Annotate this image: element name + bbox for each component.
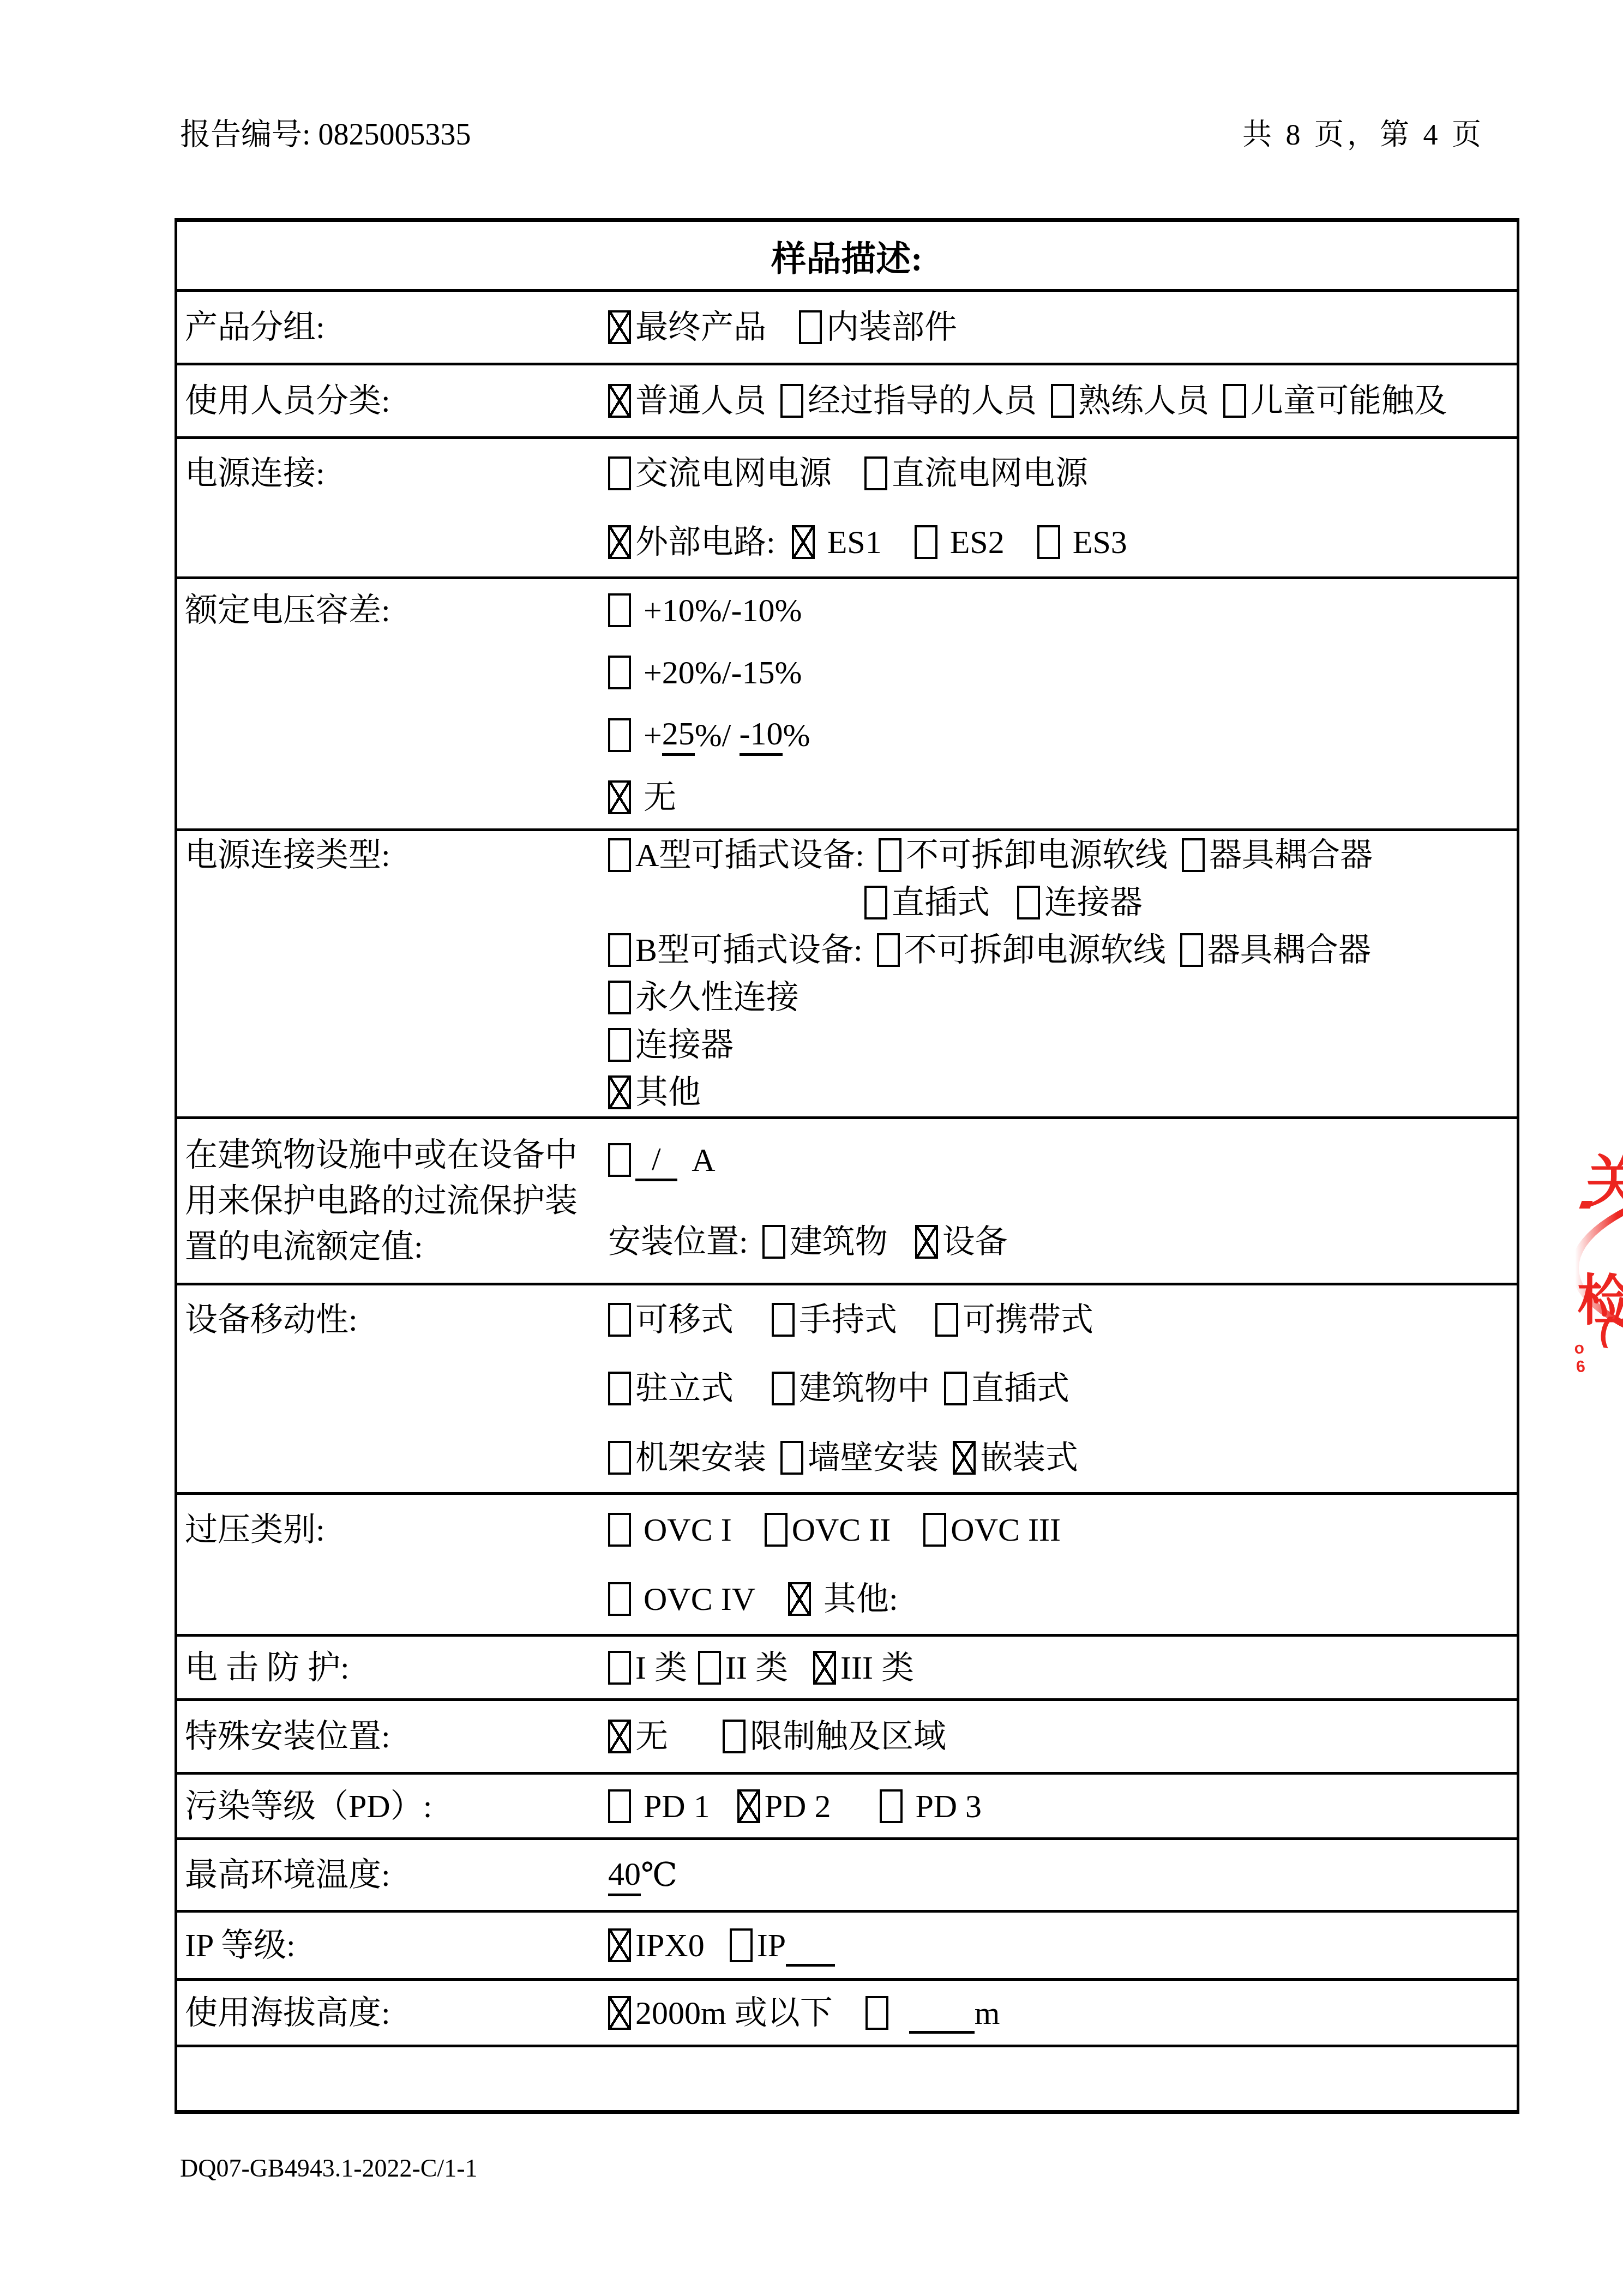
checkbox-icon[interactable] <box>608 1303 631 1337</box>
option-group: 无 <box>608 778 676 817</box>
option-group: 器具耦合器 <box>1182 836 1373 875</box>
checkbox-icon[interactable] <box>608 456 631 490</box>
checkbox-checked-icon[interactable] <box>915 1225 938 1259</box>
row-content-cell <box>608 2047 1517 2110</box>
sample-description-table: 样品描述: 产品分组:最终产品内装部件使用人员分类:普通人员经过指导的人员熟练人… <box>175 218 1519 2114</box>
option-text: 熟练人员 <box>1078 381 1209 420</box>
option-group: OVC II <box>765 1510 891 1549</box>
option-text: 其他: <box>815 1579 898 1619</box>
row-label-cell: 电 击 防 护: <box>177 1637 608 1698</box>
option-line: 驻立式建筑物中直插式 <box>608 1354 1517 1423</box>
checkbox-icon[interactable] <box>608 656 631 689</box>
row-label-cell: 电源连接: <box>177 439 608 576</box>
option-group: ES3 <box>1037 522 1127 562</box>
option-group: % <box>783 716 810 755</box>
row-content-cell: / A安装位置:建筑物设备 <box>608 1119 1517 1283</box>
checkbox-icon[interactable] <box>765 1513 788 1547</box>
row-content-cell: 最终产品内装部件 <box>608 292 1517 363</box>
table-row: 在建筑物设施中或在设备中 用来保护电路的过流保护装 置的电流额定值: / A安装… <box>177 1116 1517 1283</box>
option-line: 2000m 或以下 m <box>608 1981 1517 2045</box>
option-text: 交流电网电源 <box>635 454 832 493</box>
table-row: 设备移动性:可移式手持式可携带式驻立式建筑物中直插式机架安装墙壁安装嵌装式 <box>177 1283 1517 1492</box>
option-group: 直插式 <box>864 883 990 922</box>
row-label-cell: 额定电压容差: <box>177 579 608 828</box>
option-group: 安装位置: <box>608 1222 748 1261</box>
option-line: +25%/ -10% <box>608 704 1517 766</box>
option-group: 2000m 或以下 <box>608 1993 833 2033</box>
checkbox-icon[interactable] <box>1223 384 1246 418</box>
option-line: 永久性连接 <box>608 974 1517 1021</box>
checkbox-icon[interactable] <box>608 1582 631 1616</box>
table-row: IP 等级:IPX0IP <box>177 1910 1517 1978</box>
checkbox-icon[interactable] <box>608 718 631 752</box>
checkbox-checked-icon[interactable] <box>813 1651 836 1685</box>
option-text: PD 2 <box>765 1787 831 1826</box>
row-content-cell: IPX0IP <box>608 1913 1517 1978</box>
option-text: 连接器 <box>635 1025 734 1065</box>
option-group: 直流电网电源 <box>864 454 1088 493</box>
option-text: 直插式 <box>892 883 990 922</box>
row-label-cell: 电源连接类型: <box>177 831 608 1116</box>
option-text: 手持式 <box>799 1300 897 1339</box>
option-text: 永久性连接 <box>635 978 799 1017</box>
option-line: 直插式连接器 <box>608 879 1517 926</box>
option-text: 直流电网电源 <box>892 454 1088 493</box>
option-line: 机架安装墙壁安装嵌装式 <box>608 1423 1517 1492</box>
option-group: B型可插式设备: <box>608 930 863 970</box>
option-text: 最终产品 <box>635 308 766 347</box>
option-text: ℃ <box>641 1855 677 1895</box>
checkbox-checked-icon[interactable] <box>608 1996 631 2030</box>
form-code: DQ07-GB4943.1-2022-C/1-1 <box>180 2153 478 2184</box>
option-text: 可携带式 <box>963 1300 1093 1339</box>
checkbox-icon[interactable] <box>608 1143 631 1177</box>
checkbox-icon[interactable] <box>880 1789 903 1823</box>
option-text: 驻立式 <box>635 1369 734 1408</box>
report-page: { "colors": { "ink": "#000000", "paper":… <box>0 0 1623 2296</box>
option-group: A <box>677 1140 716 1180</box>
checkbox-icon[interactable] <box>879 838 901 872</box>
option-group: 40 <box>608 1854 641 1896</box>
table-row: 产品分组:最终产品内装部件 <box>177 289 1517 363</box>
option-text: 墙壁安装 <box>808 1438 939 1477</box>
option-text: 建筑物中 <box>799 1369 930 1408</box>
row-label: 最高环境温度: <box>185 1852 390 1898</box>
option-text: 设备 <box>942 1222 1008 1261</box>
option-line: 无 <box>608 766 1517 828</box>
option-text: + <box>635 716 662 755</box>
option-group: 其他: <box>788 1579 898 1619</box>
option-group: + <box>608 716 662 755</box>
row-label: 电源连接: <box>185 450 325 496</box>
option-group: ℃ <box>641 1855 677 1895</box>
option-text: 2000m 或以下 <box>635 1993 833 2033</box>
option-group: 熟练人员 <box>1051 381 1209 420</box>
option-group: 普通人员 <box>608 381 766 420</box>
option-group: 儿童可能触及 <box>1223 381 1447 420</box>
option-text: +10%/-10% <box>635 591 802 630</box>
option-line: OVC IOVC IIOVC III <box>608 1495 1517 1565</box>
option-line: PD 1PD 2 PD 3 <box>608 1775 1517 1837</box>
table-row: 过压类别: OVC IOVC IIOVC III OVC IV 其他: <box>177 1492 1517 1634</box>
row-label: 特殊安装位置: <box>185 1714 390 1759</box>
row-label-cell: 在建筑物设施中或在设备中 用来保护电路的过流保护装 置的电流额定值: <box>177 1119 608 1283</box>
row-content-cell: 40℃ <box>608 1840 1517 1910</box>
option-text: 可移式 <box>635 1300 734 1339</box>
option-group: 无 <box>608 1717 668 1756</box>
option-group: 不可拆卸电源软线 <box>877 930 1166 970</box>
checkbox-icon[interactable] <box>780 1441 803 1475</box>
option-group: 永久性连接 <box>608 978 799 1017</box>
table-title: 样品描述: <box>177 222 1517 289</box>
checkbox-icon[interactable] <box>608 593 631 627</box>
checkbox-icon[interactable] <box>608 1789 631 1823</box>
option-group: 可移式 <box>608 1300 734 1339</box>
option-text: PD 3 <box>907 1787 982 1826</box>
option-line: 交流电网电源直流电网电源 <box>608 439 1517 508</box>
checkbox-icon[interactable] <box>1051 384 1074 418</box>
option-line: A型可插式设备:不可拆卸电源软线器具耦合器 <box>608 831 1517 879</box>
option-text: ES1 <box>819 522 882 562</box>
option-text: 无 <box>635 1717 668 1756</box>
checkbox-icon[interactable] <box>1017 886 1040 919</box>
underlined-value: / <box>635 1139 677 1181</box>
row-label: 过压类别: <box>185 1507 325 1553</box>
option-text: 经过指导的人员 <box>808 381 1037 420</box>
row-content-cell: A型可插式设备:不可拆卸电源软线器具耦合器直插式连接器B型可插式设备:不可拆卸电… <box>608 831 1517 1116</box>
checkbox-checked-icon[interactable] <box>608 310 631 344</box>
checkbox-icon[interactable] <box>608 1513 631 1547</box>
checkbox-icon[interactable] <box>608 981 631 1014</box>
option-text: 嵌装式 <box>980 1438 1078 1477</box>
option-line: IPX0IP <box>608 1913 1517 1978</box>
option-group <box>786 1925 835 1967</box>
option-text: 器具耦合器 <box>1207 930 1371 970</box>
option-group <box>865 1996 893 2030</box>
option-group: 建筑物 <box>762 1222 888 1261</box>
seal-paren: ( <box>1597 1309 1615 1350</box>
option-text: 机架安装 <box>635 1438 766 1477</box>
option-group: 限制触及区域 <box>723 1717 946 1756</box>
page-indicator: 共 8 页，第 4 页 <box>1242 116 1484 154</box>
underlined-value: -10 <box>740 714 783 756</box>
checkbox-icon[interactable] <box>772 1303 795 1337</box>
option-line: 外部电路: ES1 ES2 ES3 <box>608 508 1517 576</box>
option-line: 其他 <box>608 1069 1517 1116</box>
option-group: +10%/-10% <box>608 591 802 630</box>
checkbox-checked-icon[interactable] <box>608 1720 631 1753</box>
checkbox-icon[interactable] <box>864 456 887 490</box>
checkbox-icon[interactable] <box>730 1928 753 1962</box>
option-group: 25 <box>662 714 695 756</box>
option-group: 设备 <box>915 1222 1008 1261</box>
checkbox-checked-icon[interactable] <box>737 1789 760 1823</box>
underlined-value: 40 <box>608 1854 641 1896</box>
option-text: +20%/-15% <box>635 653 802 692</box>
option-line: OVC IV 其他: <box>608 1565 1517 1634</box>
checkbox-icon[interactable] <box>608 1028 631 1062</box>
row-label: 产品分组: <box>185 304 325 350</box>
option-text: B型可插式设备: <box>635 930 863 970</box>
checkbox-checked-icon[interactable] <box>788 1582 811 1616</box>
option-group: 器具耦合器 <box>1180 930 1371 970</box>
option-line: 普通人员经过指导的人员熟练人员儿童可能触及 <box>608 365 1517 436</box>
table-row <box>177 2045 1517 2110</box>
row-content-cell: 可移式手持式可携带式驻立式建筑物中直插式机架安装墙壁安装嵌装式 <box>608 1285 1517 1492</box>
row-label: 设备移动性: <box>185 1297 358 1343</box>
option-group: 机架安装 <box>608 1438 766 1477</box>
option-group: II 类 <box>698 1648 788 1687</box>
option-text: 限制触及区域 <box>750 1717 946 1756</box>
checkbox-icon[interactable] <box>944 1372 967 1405</box>
option-group: 驻立式 <box>608 1369 734 1408</box>
row-label: 电源连接类型: <box>185 832 390 878</box>
seal-ellipse-icon <box>1571 1149 1623 1387</box>
option-text: %/ <box>695 716 740 755</box>
checkbox-icon[interactable] <box>772 1372 795 1405</box>
option-group <box>608 1143 635 1177</box>
option-group: OVC III <box>923 1510 1061 1549</box>
row-label-cell: 产品分组: <box>177 292 608 363</box>
row-label-cell: 设备移动性: <box>177 1285 608 1492</box>
option-text: A型可插式设备: <box>635 836 864 875</box>
checkbox-checked-icon[interactable] <box>792 525 815 559</box>
checkbox-checked-icon[interactable] <box>608 1075 631 1109</box>
row-content-cell: 交流电网电源直流电网电源外部电路: ES1 ES2 ES3 <box>608 439 1517 576</box>
option-text: 其他 <box>635 1073 701 1112</box>
checkbox-icon[interactable] <box>723 1720 746 1753</box>
row-content-cell: +10%/-10% +20%/-15% +25%/ -10% 无 <box>608 579 1517 828</box>
table-row: 电源连接类型:A型可插式设备:不可拆卸电源软线器具耦合器直插式连接器B型可插式设… <box>177 828 1517 1116</box>
option-group: 手持式 <box>772 1300 897 1339</box>
option-text: m <box>975 1993 1000 2033</box>
option-text: OVC II <box>792 1510 891 1549</box>
row-content-cell: 普通人员经过指导的人员熟练人员儿童可能触及 <box>608 365 1517 436</box>
option-group: IP <box>730 1926 786 1965</box>
option-text: 内装部件 <box>826 308 957 347</box>
table-row: 额定电压容差: +10%/-10% +20%/-15% +25%/ -10% 无 <box>177 576 1517 828</box>
option-group: ES1 <box>792 522 882 562</box>
table-row: 使用人员分类:普通人员经过指导的人员熟练人员儿童可能触及 <box>177 363 1517 436</box>
red-seal-stamp: 关 检 ( o 6 <box>1554 1134 1623 1440</box>
checkbox-icon[interactable] <box>608 1372 631 1405</box>
option-group: 直插式 <box>944 1369 1069 1408</box>
option-group <box>909 1992 975 2034</box>
option-text: IPX0 <box>635 1926 705 1965</box>
checkbox-icon[interactable] <box>608 1651 631 1685</box>
option-text: 连接器 <box>1044 883 1143 922</box>
option-group: -10 <box>740 714 783 756</box>
option-group: OVC IV <box>608 1579 755 1619</box>
report-number: 报告编号: 0825005335 <box>180 116 471 154</box>
option-group: ES2 <box>915 522 1005 562</box>
row-label-cell: 过压类别: <box>177 1495 608 1634</box>
option-group: 嵌装式 <box>953 1438 1078 1477</box>
checkbox-icon[interactable] <box>762 1225 785 1259</box>
checkbox-icon[interactable] <box>1182 838 1205 872</box>
option-text: IP <box>757 1926 786 1965</box>
row-label: 污染等级（PD）: <box>185 1783 432 1829</box>
option-line: 安装位置:建筑物设备 <box>608 1201 1517 1283</box>
option-text: 安装位置: <box>608 1222 748 1261</box>
row-content-cell: PD 1PD 2 PD 3 <box>608 1775 1517 1837</box>
option-text: II 类 <box>725 1648 788 1687</box>
row-label: IP 等级: <box>185 1922 296 1968</box>
checkbox-checked-icon[interactable] <box>608 780 631 814</box>
option-line: / A <box>608 1119 1517 1201</box>
option-group: A型可插式设备: <box>608 836 864 875</box>
option-line: 最终产品内装部件 <box>608 292 1517 363</box>
checkbox-icon[interactable] <box>877 933 900 967</box>
option-group: 墙壁安装 <box>780 1438 939 1477</box>
row-content-cell: OVC IOVC IIOVC III OVC IV 其他: <box>608 1495 1517 1634</box>
option-text: 外部电路: <box>635 522 776 562</box>
row-label: 使用海拔高度: <box>185 1990 390 2036</box>
option-text: 直插式 <box>971 1369 1069 1408</box>
option-group: 可携带式 <box>935 1300 1093 1339</box>
option-text: I 类 <box>635 1648 687 1687</box>
seal-char-bottom: 检 <box>1577 1272 1623 1330</box>
checkbox-icon[interactable] <box>608 933 631 967</box>
option-group: +20%/-15% <box>608 653 802 692</box>
checkbox-icon[interactable] <box>935 1303 958 1337</box>
option-line: B型可插式设备:不可拆卸电源软线器具耦合器 <box>608 926 1517 973</box>
row-label: 额定电压容差: <box>185 587 390 633</box>
row-label-cell: 使用海拔高度: <box>177 1981 608 2045</box>
row-label-cell: 最高环境温度: <box>177 1840 608 1910</box>
table-row: 电 击 防 护:I 类II 类III 类 <box>177 1634 1517 1698</box>
option-line: +20%/-15% <box>608 641 1517 704</box>
option-text: 普通人员 <box>635 381 766 420</box>
option-group: IPX0 <box>608 1926 705 1965</box>
option-group: m <box>975 1993 1000 2033</box>
option-text: OVC IV <box>635 1579 755 1619</box>
option-group: PD 3 <box>880 1787 982 1826</box>
row-label: 使用人员分类: <box>185 378 390 424</box>
row-label: 电 击 防 护: <box>185 1645 350 1691</box>
row-content-cell: 2000m 或以下 m <box>608 1981 1517 2045</box>
option-text: 器具耦合器 <box>1209 836 1373 875</box>
seal-char-top: 关 <box>1586 1153 1623 1213</box>
option-line: 可移式手持式可携带式 <box>608 1285 1517 1354</box>
option-group: 经过指导的人员 <box>780 381 1037 420</box>
row-label-cell: 使用人员分类: <box>177 365 608 436</box>
table-row: 电源连接:交流电网电源直流电网电源外部电路: ES1 ES2 ES3 <box>177 436 1517 576</box>
checkbox-icon[interactable] <box>1037 525 1060 559</box>
option-group: III 类 <box>813 1648 914 1687</box>
checkbox-checked-icon[interactable] <box>608 1928 631 1962</box>
option-group: %/ <box>695 716 740 755</box>
underlined-value <box>909 1992 975 2034</box>
option-group: 连接器 <box>1017 883 1143 922</box>
checkbox-icon[interactable] <box>698 1651 721 1685</box>
option-text: PD 1 <box>635 1787 710 1826</box>
row-label-cell: 特殊安装位置: <box>177 1701 608 1772</box>
option-group: 建筑物中 <box>772 1369 930 1408</box>
checkbox-checked-icon[interactable] <box>608 384 631 418</box>
option-group: OVC I <box>608 1510 732 1549</box>
option-text: OVC I <box>635 1510 732 1549</box>
option-group: 不可拆卸电源软线 <box>879 836 1168 875</box>
option-text: A <box>677 1140 716 1180</box>
option-group: PD 2 <box>737 1787 831 1826</box>
seal-serial: o 6 <box>1573 1335 1623 1377</box>
checkbox-icon[interactable] <box>780 384 803 418</box>
option-text: 无 <box>635 778 676 817</box>
table-row: 使用海拔高度:2000m 或以下 m <box>177 1978 1517 2045</box>
option-text: ES3 <box>1065 522 1127 562</box>
option-text: 不可拆卸电源软线 <box>906 836 1168 875</box>
option-group: I 类 <box>608 1648 687 1687</box>
option-text: % <box>783 716 810 755</box>
option-group: 外部电路: <box>608 522 776 562</box>
seal-dot-icon <box>1579 1201 1592 1209</box>
checkbox-icon[interactable] <box>864 886 887 919</box>
checkbox-icon[interactable] <box>915 525 937 559</box>
table-row: 污染等级（PD）: PD 1PD 2 PD 3 <box>177 1772 1517 1837</box>
option-line: 无限制触及区域 <box>608 1701 1517 1772</box>
option-text: 建筑物 <box>790 1222 888 1261</box>
option-text: III 类 <box>840 1648 914 1687</box>
checkbox-icon[interactable] <box>799 310 822 344</box>
option-line: 40℃ <box>608 1840 1517 1910</box>
checkbox-icon[interactable] <box>608 838 631 872</box>
table-rows: 产品分组:最终产品内装部件使用人员分类:普通人员经过指导的人员熟练人员儿童可能触… <box>177 289 1517 2110</box>
option-group: 其他 <box>608 1073 701 1112</box>
table-row: 特殊安装位置:无限制触及区域 <box>177 1698 1517 1772</box>
row-label: 在建筑物设施中或在设备中 用来保护电路的过流保护装 置的电流额定值: <box>185 1132 578 1270</box>
checkbox-checked-icon[interactable] <box>953 1441 976 1475</box>
row-label-cell <box>177 2047 608 2110</box>
checkbox-icon[interactable] <box>923 1513 946 1547</box>
option-text: 儿童可能触及 <box>1251 381 1447 420</box>
option-group: 连接器 <box>608 1025 734 1065</box>
row-label-cell: IP 等级: <box>177 1913 608 1978</box>
checkbox-icon[interactable] <box>1180 933 1203 967</box>
option-group: 最终产品 <box>608 308 766 347</box>
row-label-cell: 污染等级（PD）: <box>177 1775 608 1837</box>
checkbox-checked-icon[interactable] <box>608 525 631 559</box>
checkbox-icon[interactable] <box>865 1996 888 2030</box>
row-content-cell: 无限制触及区域 <box>608 1701 1517 1772</box>
option-group: 交流电网电源 <box>608 454 832 493</box>
option-line: 连接器 <box>608 1021 1517 1069</box>
option-line: I 类II 类III 类 <box>608 1637 1517 1698</box>
underlined-value: 25 <box>662 714 695 756</box>
option-text: ES2 <box>942 522 1005 562</box>
option-text: OVC III <box>951 1510 1061 1549</box>
option-group: 内装部件 <box>799 308 957 347</box>
option-group: PD 1 <box>608 1787 710 1826</box>
option-text: 不可拆卸电源软线 <box>904 930 1166 970</box>
row-content-cell: I 类II 类III 类 <box>608 1637 1517 1698</box>
table-row: 最高环境温度:40℃ <box>177 1837 1517 1910</box>
option-group: / <box>635 1139 677 1181</box>
checkbox-icon[interactable] <box>608 1441 631 1475</box>
underlined-value <box>786 1925 835 1967</box>
option-line: +10%/-10% <box>608 579 1517 641</box>
